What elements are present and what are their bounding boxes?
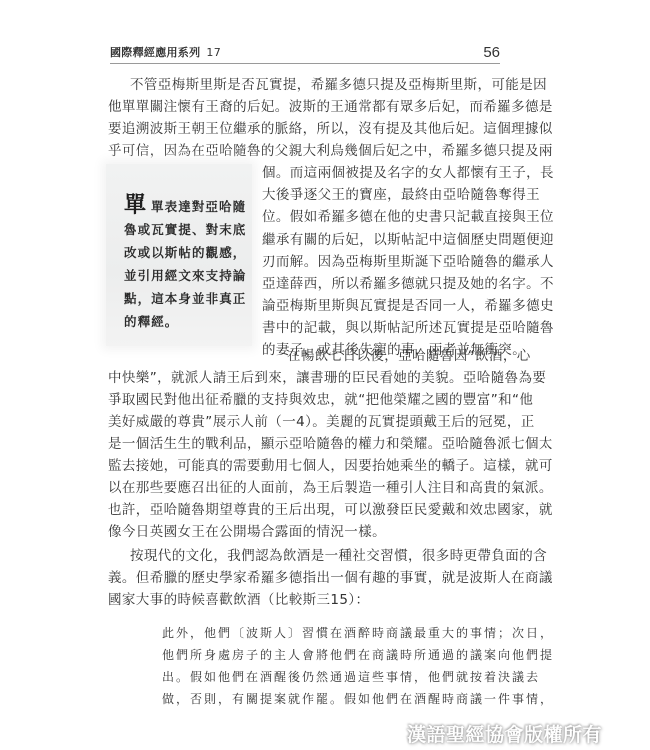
body-line: 國家大事的時候喜歡飲酒（比較斯三15）：	[108, 589, 498, 611]
block-quote-line: 做，否則，有關提案就作罷。假如他們在酒醒時商議一件事情，	[162, 688, 478, 710]
block-quote-line: 出。假如他們在酒醒後仍然通過這些事情，他們就按着決議去	[162, 666, 478, 688]
body-line: 美好威嚴的尊貴”展示人前（一4）。美麗的瓦實提頭戴王后的冠冕，正	[108, 411, 498, 433]
body-line: 大後爭逐父王的寶座，最終由亞哈隨魯奪得王	[262, 184, 498, 206]
block-quote-line: 此外，他們〔波斯人〕習慣在酒醉時商議最重大的事情；次日，	[162, 622, 478, 644]
body-line: 刃而解。因為亞梅斯里斯誕下亞哈隨魯的繼承人	[262, 251, 498, 273]
body-line: 義。但希臘的歷史學家希羅多德指出一個有趣的事實，就是波斯人在商議	[108, 567, 498, 589]
body-line: 書中的記載，與以斯帖記所述瓦實提是亞哈隨魯	[262, 317, 498, 339]
callout-line: 單表達對亞哈隨	[151, 197, 246, 217]
series-title-text: 國際釋經應用系列	[110, 46, 200, 59]
block-quote-line: 他們所身處房子的主人會將他們在商議時所通過的議案向他們提	[162, 644, 478, 666]
body-line: 像今日英國女王在公開場合露面的情況一樣。	[108, 521, 498, 543]
body-line: 繼承有關的后妃，以斯帖記中這個歷史問題便迎	[262, 229, 498, 251]
running-header: 國際釋經應用系列17 56	[110, 44, 500, 64]
body-line: 要追溯波斯王朝王位繼承的脈絡，所以，沒有提及其他后妃。這個理據似	[108, 118, 498, 140]
body-line: 爭取國民對他出征希臘的支持與效忠，就“把他榮耀之國的豐富”和“他	[108, 389, 498, 411]
callout-line: 改或以斯帖的觀感，	[124, 243, 246, 263]
body-line: 乎可信，因為在亞哈隨魯的父親大利烏幾個后妃之中，希羅多德只提及兩	[108, 140, 498, 162]
body-line: 是一個活生生的戰利品，顯示亞哈隨魯的權力和榮耀。亞哈隨魯派七個太	[108, 433, 498, 455]
body-line: 個。而這兩個被提及名字的女人都懷有王子，長	[262, 162, 498, 184]
callout-drop-cap: 單	[124, 194, 146, 218]
callout-line: 魯或瓦實提、對末底	[124, 220, 246, 240]
volume-number: 17	[206, 46, 221, 59]
body-line: 也許，亞哈隨魯期望尊貴的王后出現，可以激發臣民愛戴和效忠國家，就	[108, 499, 498, 521]
body-line: 亞達薛西，所以希羅多德就只提及她的名字。不	[262, 273, 498, 295]
body-line: 監去接她，可能真的需要動用七個人，因要抬她乘坐的轎子。這樣，就可	[108, 455, 498, 477]
body-line: 按現代的文化，我們認為飲酒是一種社交習慣，很多時更帶負面的含	[130, 545, 498, 567]
pull-quote-callout: 單 單表達對亞哈隨 魯或瓦實提、對末底 改或以斯帖的觀感， 並引用經文來支持論 …	[106, 164, 252, 346]
callout-line: 的釋經。	[124, 312, 178, 332]
series-title: 國際釋經應用系列17	[110, 44, 221, 60]
body-line: 論亞梅斯里斯與瓦實提是否同一人，希羅多德史	[262, 295, 498, 317]
body-line: 在暢飲七日以後，亞哈隨魯因“飲酒，心	[287, 345, 498, 367]
body-line: 中快樂”，就派人請王后到來，讓書珊的臣民看她的美貌。亞哈隨魯為要	[108, 367, 498, 389]
page-number: 56	[483, 44, 500, 61]
callout-line: 點，這本身並非真正	[124, 289, 246, 309]
body-line: 不管亞梅斯里斯是否瓦實提，希羅多德只提及亞梅斯里斯，可能是因	[130, 74, 498, 96]
body-line: 以在那些要應召出征的人面前，為王后製造一種引人注目和高貴的氣派。	[108, 477, 498, 499]
body-line: 位。假如希羅多德在他的史書只記載直接與王位	[262, 206, 498, 228]
copyright-watermark: 漢語聖經協會版權所有	[407, 720, 602, 747]
body-line: 他單單關注懷有王裔的后妃。波斯的王通常都有眾多后妃，而希羅多德是	[108, 96, 498, 118]
callout-line: 並引用經文來支持論	[124, 266, 246, 286]
